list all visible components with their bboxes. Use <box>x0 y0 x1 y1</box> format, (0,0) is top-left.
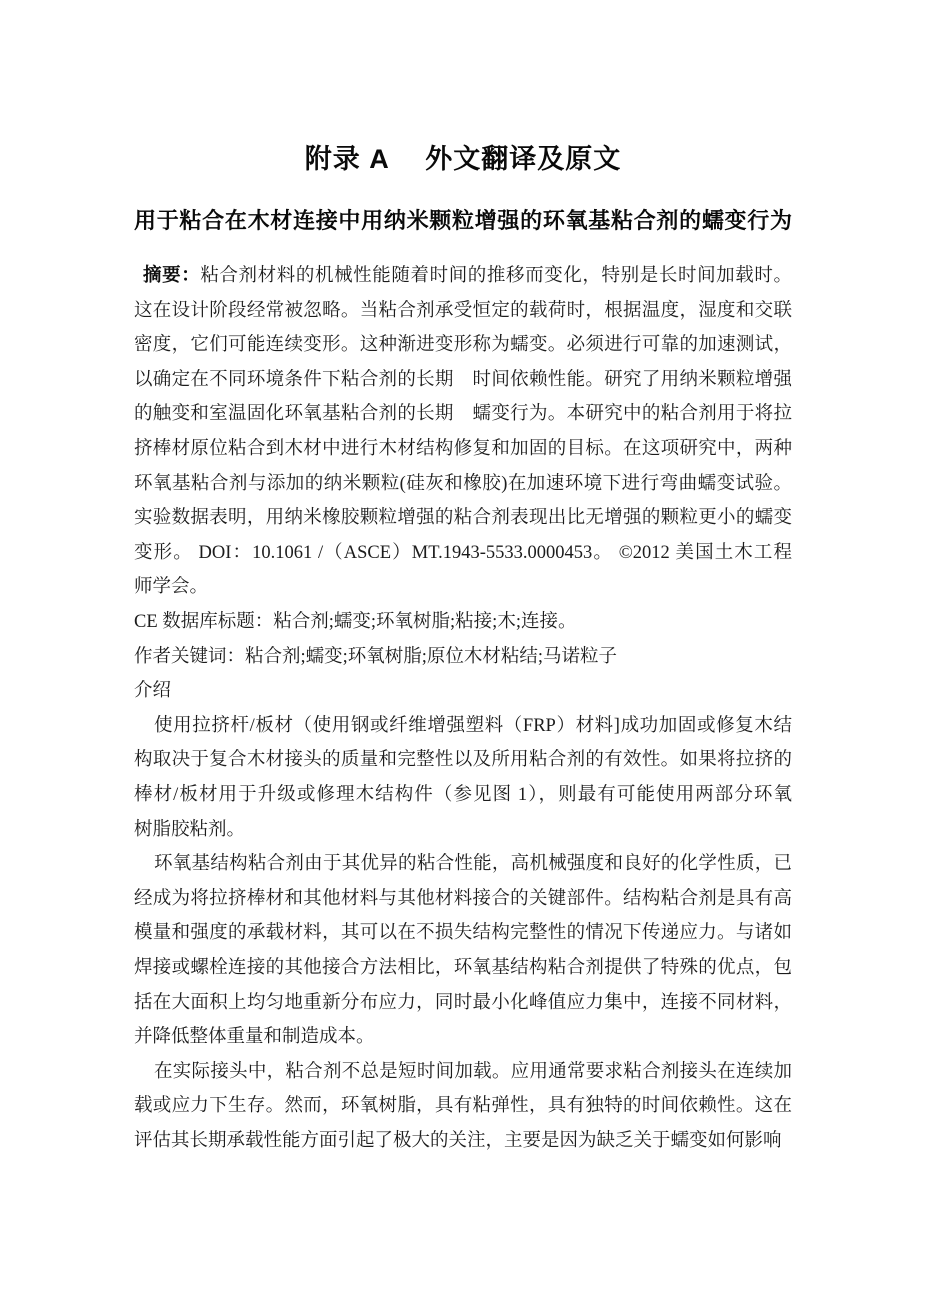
text-line: 摘要：粘合剂材料的机械性能随着时间的推移而变化，特别是长时间加载时。 <box>134 258 792 294</box>
text-line: 树脂胶粘剂。 <box>134 813 792 848</box>
text-line: 密度，它们可能连续变形。这种渐进变形称为蠕变。必须进行可靠的加速测试， <box>134 328 792 363</box>
text-line: 以确定在不同环境条件下粘合剂的长期 时间依赖性能。研究了用纳米颗粒增强 <box>134 363 792 398</box>
appendix-title: 附录 A 外文翻译及原文 <box>134 142 792 176</box>
text-line: 评估其长期承载性能方面引起了极大的关注，主要是因为缺乏关于蠕变如何影响 <box>134 1124 792 1159</box>
text-line: 师学会。 <box>134 570 792 605</box>
ce-database-subject-line: CE 数据库标题：粘合剂;蠕变;环氧树脂;粘接;木;连接。 <box>134 605 792 640</box>
text-line: 在实际接头中，粘合剂不总是短时间加载。应用通常要求粘合剂接头在连续加 <box>134 1055 792 1090</box>
text-line: 的触变和室温固化环氧基粘合剂的长期 蠕变行为。本研究中的粘合剂用于将拉 <box>134 397 792 432</box>
document-body: 摘要：粘合剂材料的机械性能随着时间的推移而变化，特别是长时间加载时。这在设计阶段… <box>134 258 792 1158</box>
text-line: 构取决于复合木材接头的质量和完整性以及所用粘合剂的有效性。如果将拉挤的 <box>134 743 792 778</box>
text-line: 变形。 DOI：10.1061 /（ASCE）MT.1943-5533.0000… <box>134 536 792 571</box>
text-line: 载或应力下生存。然而，环氧树脂，具有粘弹性，具有独特的时间依赖性。这在 <box>134 1089 792 1124</box>
text-line: 模量和强度的承载材料，其可以在不损失结构完整性的情况下传递应力。与诸如 <box>134 916 792 951</box>
abstract-label: 摘要： <box>143 264 200 285</box>
text-line: 实验数据表明，用纳米橡胶颗粒增强的粘合剂表现出比无增强的颗粒更小的蠕变 <box>134 501 792 536</box>
document-page: 附录 A 外文翻译及原文 用于粘合在木材连接中用纳米颗粒增强的环氧基粘合剂的蠕变… <box>0 0 926 1309</box>
text-line: 焊接或螺栓连接的其他接合方法相比，环氧基结构粘合剂提供了特殊的优点，包 <box>134 951 792 986</box>
author-keywords-line: 作者关键词：粘合剂;蠕变;环氧树脂;原位木材粘结;马诺粒子 <box>134 640 792 675</box>
text-line: 经成为将拉挤棒材和其他材料与其他材料接合的关键部件。结构粘合剂是具有高 <box>134 882 792 917</box>
text-line: 环氧基结构粘合剂由于其优异的粘合性能，高机械强度和良好的化学性质，已 <box>134 847 792 882</box>
text-line: 棒材/板材用于升级或修理木结构件（参见图 1），则最有可能使用两部分环氧 <box>134 778 792 813</box>
paper-title: 用于粘合在木材连接中用纳米颗粒增强的环氧基粘合剂的蠕变行为 <box>134 204 792 238</box>
text-line: 挤棒材原位粘合到木材中进行木材结构修复和加固的目标。在这项研究中，两种 <box>134 432 792 467</box>
text-line: 括在大面积上均匀地重新分布应力，同时最小化峰值应力集中，连接不同材料， <box>134 986 792 1021</box>
text-line: 这在设计阶段经常被忽略。当粘合剂承受恒定的载荷时，根据温度，湿度和交联 <box>134 294 792 329</box>
introduction-heading: 介绍 <box>134 674 792 709</box>
text-line: 使用拉挤杆/板材（使用钢或纤维增强塑料（FRP）材料]成功加固或修复木结 <box>134 709 792 744</box>
text-line: 环氧基粘合剂与添加的纳米颗粒(硅灰和橡胶)在加速环境下进行弯曲蠕变试验。 <box>134 467 792 502</box>
text-line: 并降低整体重量和制造成本。 <box>134 1020 792 1055</box>
